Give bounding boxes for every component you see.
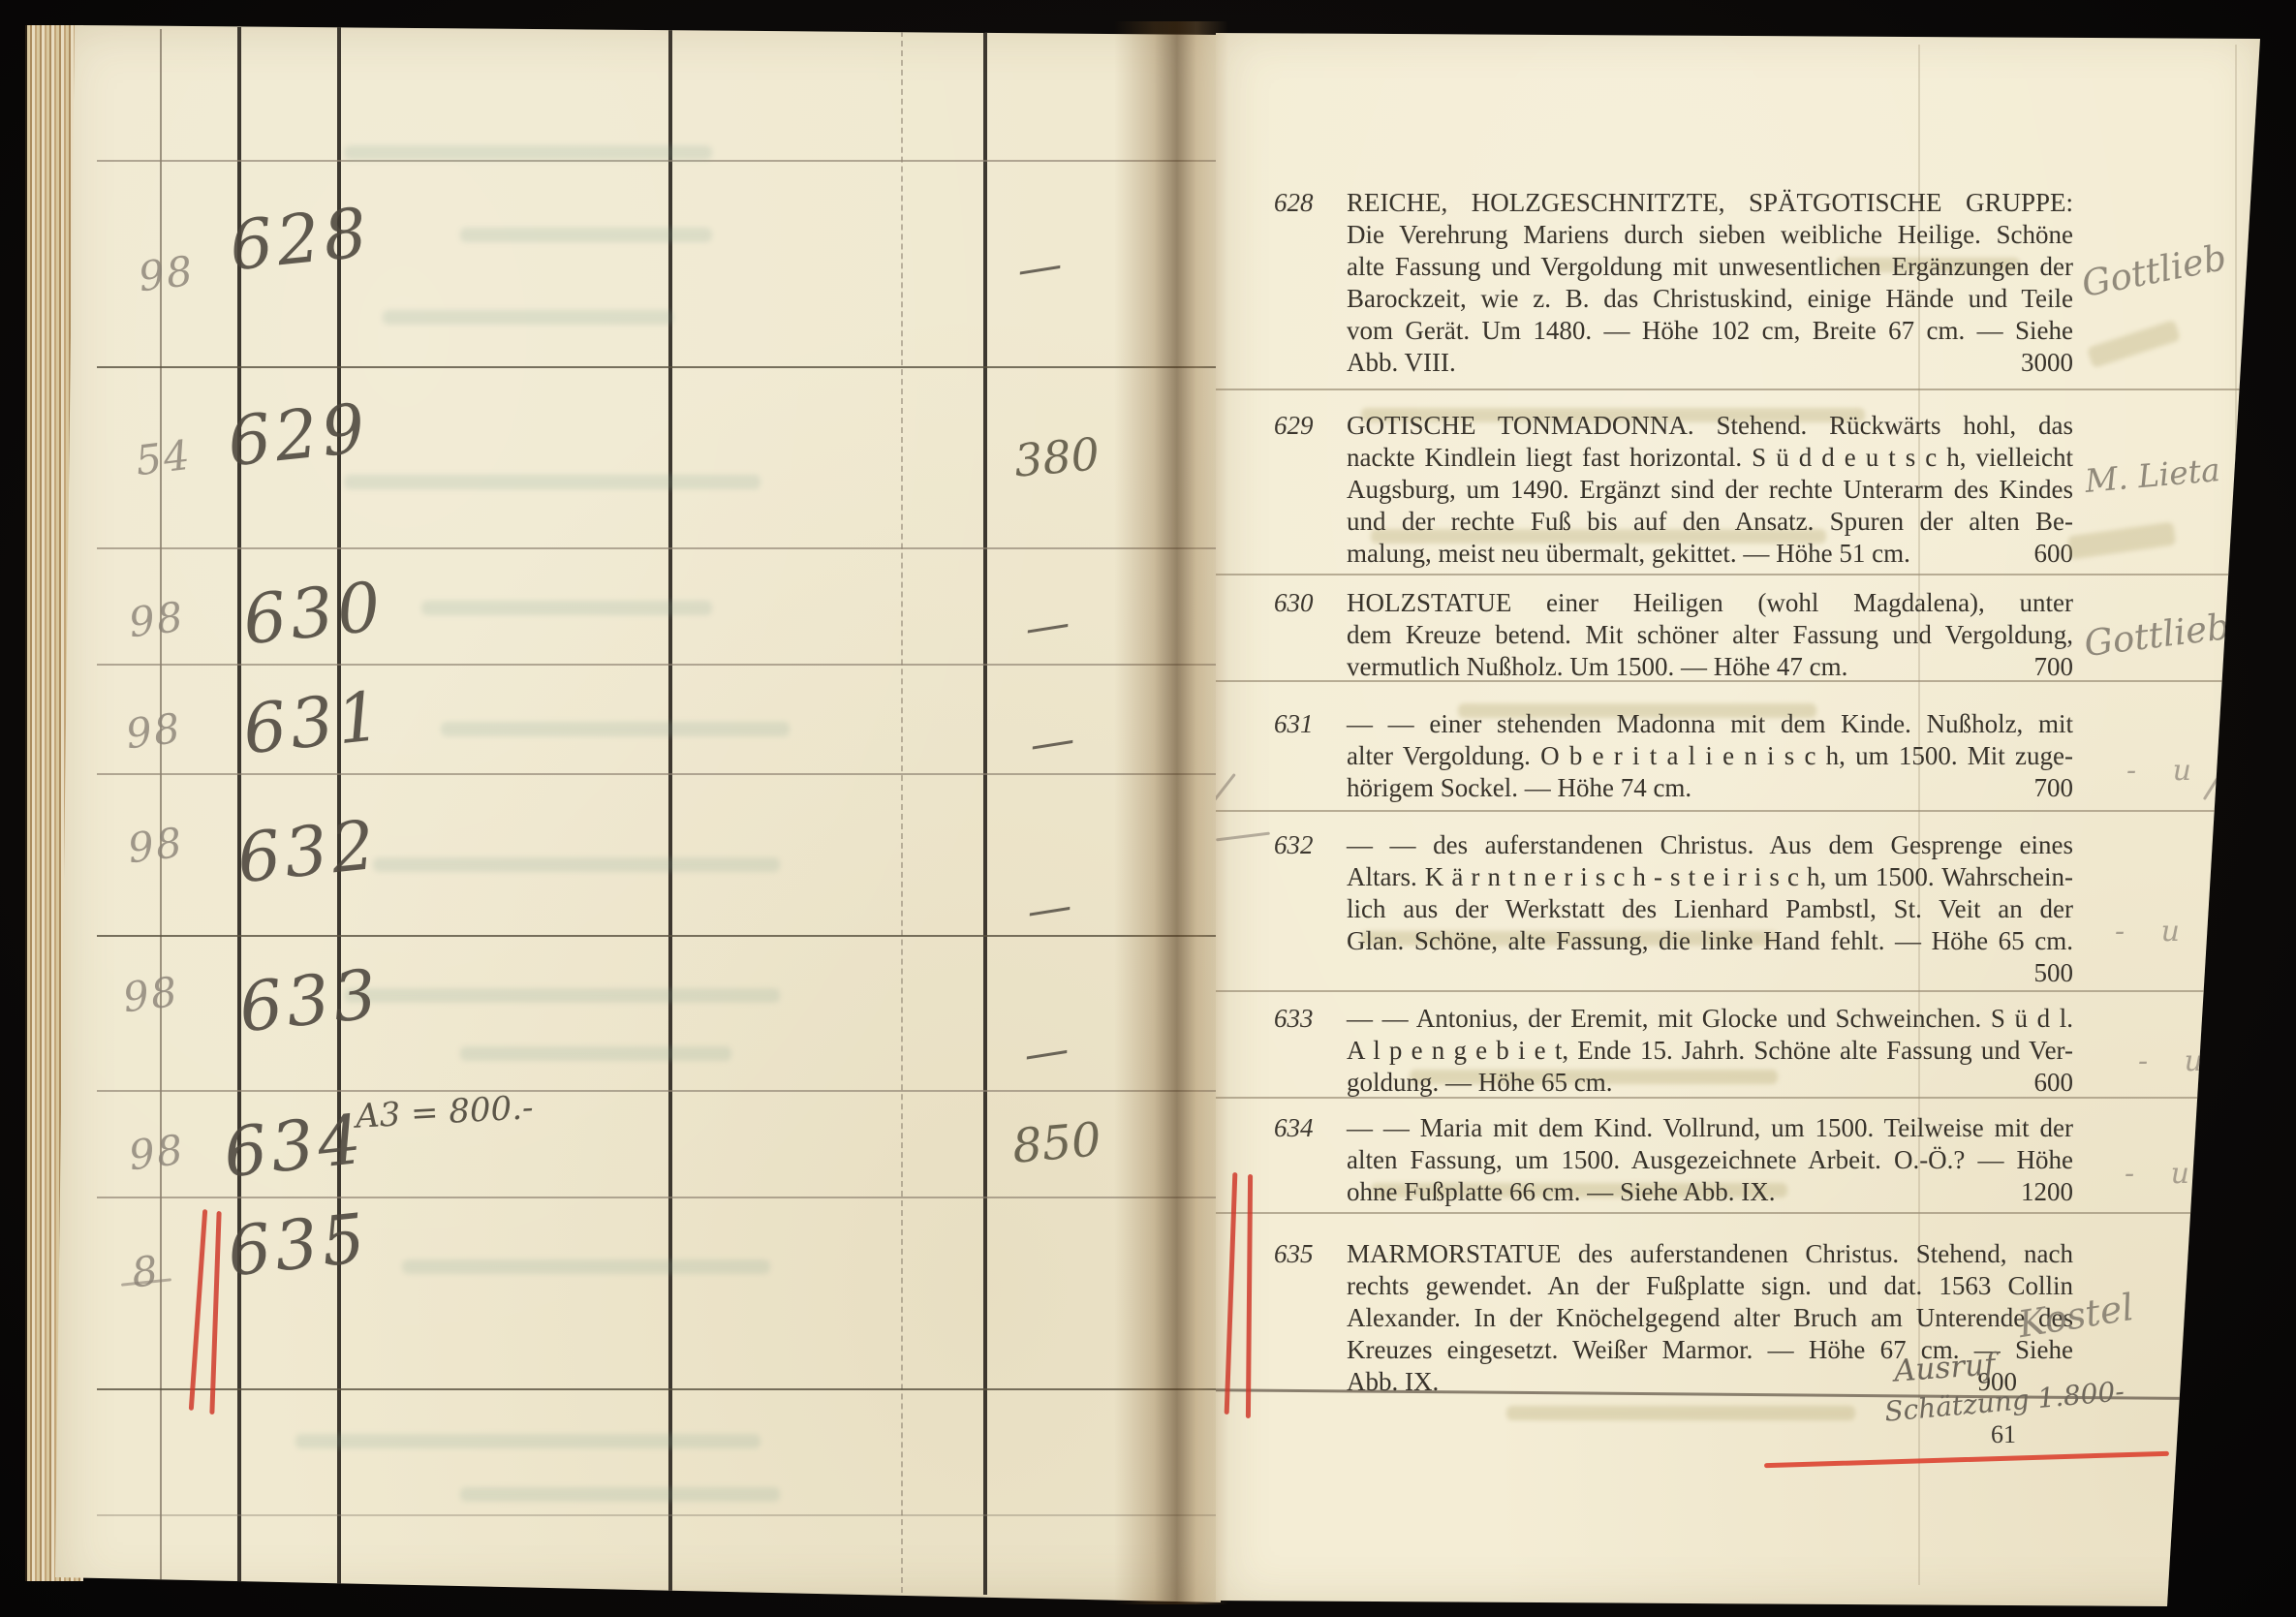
- lot-number: 634: [1274, 1112, 1334, 1144]
- margin-mark: - u -: [2126, 754, 2251, 788]
- showthrough-ghost: [460, 1046, 731, 1061]
- margin-note: M. Lieta: [2084, 451, 2222, 500]
- ledger-hrule: [97, 1090, 1219, 1092]
- showthrough-ghost: [344, 145, 712, 160]
- entry-line: A l p e n g e b i e t, Ende 15. Jahrh. S…: [1347, 1035, 2073, 1067]
- ledger-ref: 98: [126, 593, 187, 647]
- entry-line: Glan. Schöne, alte Fassung, die linke Ha…: [1347, 925, 2073, 957]
- entry-line: nackte Kindlein liegt fast horizontal. S…: [1347, 442, 2073, 474]
- lot-number: 631: [1274, 708, 1334, 740]
- margin-ghost-mark: [2067, 521, 2176, 559]
- ledger-result-mark: —: [1013, 237, 1066, 296]
- price: 1200: [2021, 1176, 2073, 1208]
- ledger-vrule: [983, 31, 987, 1595]
- entry-separator: [1216, 574, 2257, 575]
- ledger-lot-number: 628: [226, 193, 374, 287]
- entry-line: alten Fassung, um 1500. Ausgezeichnete A…: [1347, 1144, 2073, 1176]
- book-gutter: [1114, 21, 1228, 1604]
- ledger-result-mark: —: [1020, 1022, 1072, 1081]
- ledger-note: A3 = 800.-: [355, 1088, 534, 1136]
- ledger-hrule: [97, 547, 1219, 549]
- entry-line: Barockzeit, wie z. B. das Christuskind, …: [1347, 283, 2073, 315]
- entry-line: Die Verehrung Mariens durch sieben weibl…: [1347, 219, 2073, 251]
- ledger-lot-number: 631: [239, 676, 388, 770]
- entry-line: MARMORSTATUE des auferstandenen Christus…: [1347, 1238, 2073, 1270]
- entry-line: Alexander. In der Knöchelgegend alter Br…: [1347, 1302, 2073, 1334]
- entry-line: — — Maria mit dem Kind. Vollrund, um 150…: [1347, 1112, 2073, 1144]
- showthrough-ghost: [383, 310, 673, 325]
- margin-mark: - u -: [2115, 915, 2240, 948]
- ledger-lot-number: 633: [235, 954, 384, 1048]
- showthrough-ghost: [295, 1434, 760, 1448]
- price: 600: [2034, 1067, 2074, 1099]
- margin-ghost-mark: [2087, 320, 2181, 368]
- ledger-result: 380: [1012, 427, 1101, 486]
- entry-line: vermutlich Nußholz. Um 1500. — Höhe 47 c…: [1347, 651, 1847, 683]
- red-double-stroke: [1246, 1174, 1253, 1418]
- ledger-hrule: [97, 160, 1219, 162]
- ledger-ref: 98: [126, 1126, 187, 1180]
- entry-line: hörigem Sockel. — Höhe 74 cm.: [1347, 772, 1691, 804]
- showthrough-ghost: [373, 857, 780, 872]
- entry-line: — — Antonius, der Eremit, mit Glocke und…: [1347, 1003, 2073, 1035]
- page-number: 61: [1991, 1420, 2016, 1449]
- entry-line: HOLZSTATUE einer Heiligen (wohl Magdalen…: [1347, 587, 2073, 619]
- entry-line: REICHE, HOLZGESCHNITZTE, SPÄTGOTISCHE GR…: [1347, 187, 2073, 219]
- entry-line: alte Fassung und Vergoldung mit unwesent…: [1347, 251, 2073, 283]
- ledger-hrule: [97, 773, 1219, 775]
- catalog-entry-632: 632 — — des auferstandenen Christus. Aus…: [1272, 829, 2076, 989]
- showthrough-ghost: [344, 475, 760, 489]
- price: 700: [2034, 772, 2074, 804]
- margin-mark: - u -: [2138, 1044, 2263, 1078]
- entry-line: Altars. K ä r n t n e r i s c h - s t e …: [1347, 861, 2073, 893]
- red-double-stroke: [209, 1211, 221, 1415]
- book-scan: 98 628 — 54 629 380 98 630 — 98 631 — 98…: [0, 0, 2296, 1617]
- entry-line: Abb. IX.: [1347, 1366, 1439, 1398]
- ledger-hrule: [97, 1197, 1219, 1198]
- entry-separator: [1216, 810, 2252, 812]
- entry-line: — — des auferstandenen Christus. Aus dem…: [1347, 829, 2073, 861]
- ledger-result-mark: —: [1023, 879, 1075, 938]
- entry-line: dem Kreuze betend. Mit schöner alter Fas…: [1347, 619, 2073, 651]
- ausruf-annotation: Ausruf: [1893, 1347, 1997, 1388]
- ledger-hrule: [97, 1388, 1219, 1390]
- entry-separator: [1216, 389, 2257, 390]
- ledger-ref: 98: [125, 819, 186, 873]
- entry-line: und der rechte Fuß bis auf den Ansatz. S…: [1347, 506, 2073, 538]
- lot-number: 635: [1274, 1238, 1334, 1270]
- ledger-vrule: [901, 31, 903, 1593]
- showthrough-ghost: [460, 228, 712, 242]
- margin-note: Gottlieb: [2082, 606, 2232, 665]
- lot-number: 630: [1274, 587, 1334, 619]
- ledger-ref: 98: [120, 968, 181, 1022]
- ledger-result-mark: —: [1021, 596, 1073, 655]
- catalog-entry-633: 633 — — Antonius, der Eremit, mit Glocke…: [1272, 1003, 2076, 1099]
- showthrough-ghost: [421, 601, 712, 615]
- ledger-lot-number: 634: [220, 1100, 368, 1194]
- entry-line: ohne Fußplatte 66 cm. — Siehe Abb. IX.: [1347, 1176, 1775, 1208]
- entry-separator: [1216, 990, 2250, 992]
- ledger-result-mark: —: [1026, 712, 1078, 771]
- ledger-vrule: [668, 29, 672, 1597]
- catalog-page: 628 REICHE, HOLZGESCHNITZTE, SPÄTGOTISCH…: [1216, 25, 2267, 1610]
- ledger-ref: 98: [123, 704, 184, 759]
- showthrough-ghost: [460, 1487, 780, 1502]
- price: 3000: [2021, 347, 2073, 379]
- lot-number: 632: [1274, 829, 1334, 861]
- showthrough-ghost: [441, 722, 790, 736]
- showthrough-ghost: [402, 1259, 770, 1274]
- entry-line: vom Gerät. Um 1480. — Höhe 102 cm, Breit…: [1347, 315, 2073, 347]
- showthrough-vrule: [2235, 45, 2237, 1401]
- margin-mark: - u -: [2125, 1157, 2249, 1191]
- ledger-hrule: [97, 366, 1219, 368]
- ledger-hrule: [97, 1514, 1219, 1516]
- catalog-entry-631: 631 — — einer stehenden Madonna mit dem …: [1272, 708, 2076, 804]
- entry-line: lich aus der Werkstatt des Lienhard Pamb…: [1347, 893, 2073, 925]
- lot-number: 629: [1274, 410, 1334, 442]
- entry-line: malung, meist neu übermalt, gekittet. — …: [1347, 538, 1910, 570]
- showthrough-ghost: [344, 988, 780, 1003]
- ledger-ref: 98: [136, 247, 197, 301]
- catalog-entry-629: 629 GOTISCHE TONMADONNA. Stehend. Rückwä…: [1272, 410, 2076, 570]
- ledger-hrule: [97, 664, 1219, 666]
- lot-number: 633: [1274, 1003, 1334, 1035]
- red-underline: [1764, 1451, 2169, 1468]
- catalog-entry-628: 628 REICHE, HOLZGESCHNITZTE, SPÄTGOTISCH…: [1272, 187, 2076, 379]
- lot-number: 628: [1274, 187, 1334, 219]
- ledger-lot-number: 635: [224, 1198, 372, 1292]
- ledger-hrule: [97, 935, 1219, 937]
- entry-line: Augsburg, um 1490. Ergänzt sind der rech…: [1347, 474, 2073, 506]
- catalog-entry-630: 630 HOLZSTATUE einer Heiligen (wohl Magd…: [1272, 587, 2076, 683]
- entry-separator: [1216, 1212, 2247, 1214]
- catalog-entry-634: 634 — — Maria mit dem Kind. Vollrund, um…: [1272, 1112, 2076, 1208]
- ledger-lot-number: 630: [239, 567, 388, 661]
- entry-line: — — einer stehenden Madonna mit dem Kind…: [1347, 708, 2073, 740]
- entry-line: Abb. VIII.: [1347, 347, 1456, 379]
- ledger-ref: 54: [133, 431, 194, 485]
- ledger-ref: 8: [129, 1246, 162, 1296]
- price: 700: [2034, 651, 2074, 683]
- entry-line: GOTISCHE TONMADONNA. Stehend. Rückwärts …: [1347, 410, 2073, 442]
- ledger-lot-number: 629: [224, 389, 372, 482]
- ledger-result: 850: [1010, 1112, 1103, 1174]
- entry-line: alter Vergoldung. O b e r i t a l i e n …: [1347, 740, 2073, 772]
- margin-note: Gottlieb: [2078, 236, 2229, 305]
- showthrough-ghost: [1506, 1406, 1855, 1420]
- ledger-page: 98 628 — 54 629 380 98 630 — 98 631 — 98…: [53, 19, 1221, 1606]
- ledger-lot-number: 632: [233, 805, 382, 899]
- entry-line: rechts gewendet. An der Fußplatte sign. …: [1347, 1270, 2073, 1302]
- red-double-stroke: [189, 1209, 207, 1411]
- entry-line: goldung. — Höhe 65 cm.: [1347, 1067, 1612, 1099]
- price: 500: [2034, 957, 2074, 989]
